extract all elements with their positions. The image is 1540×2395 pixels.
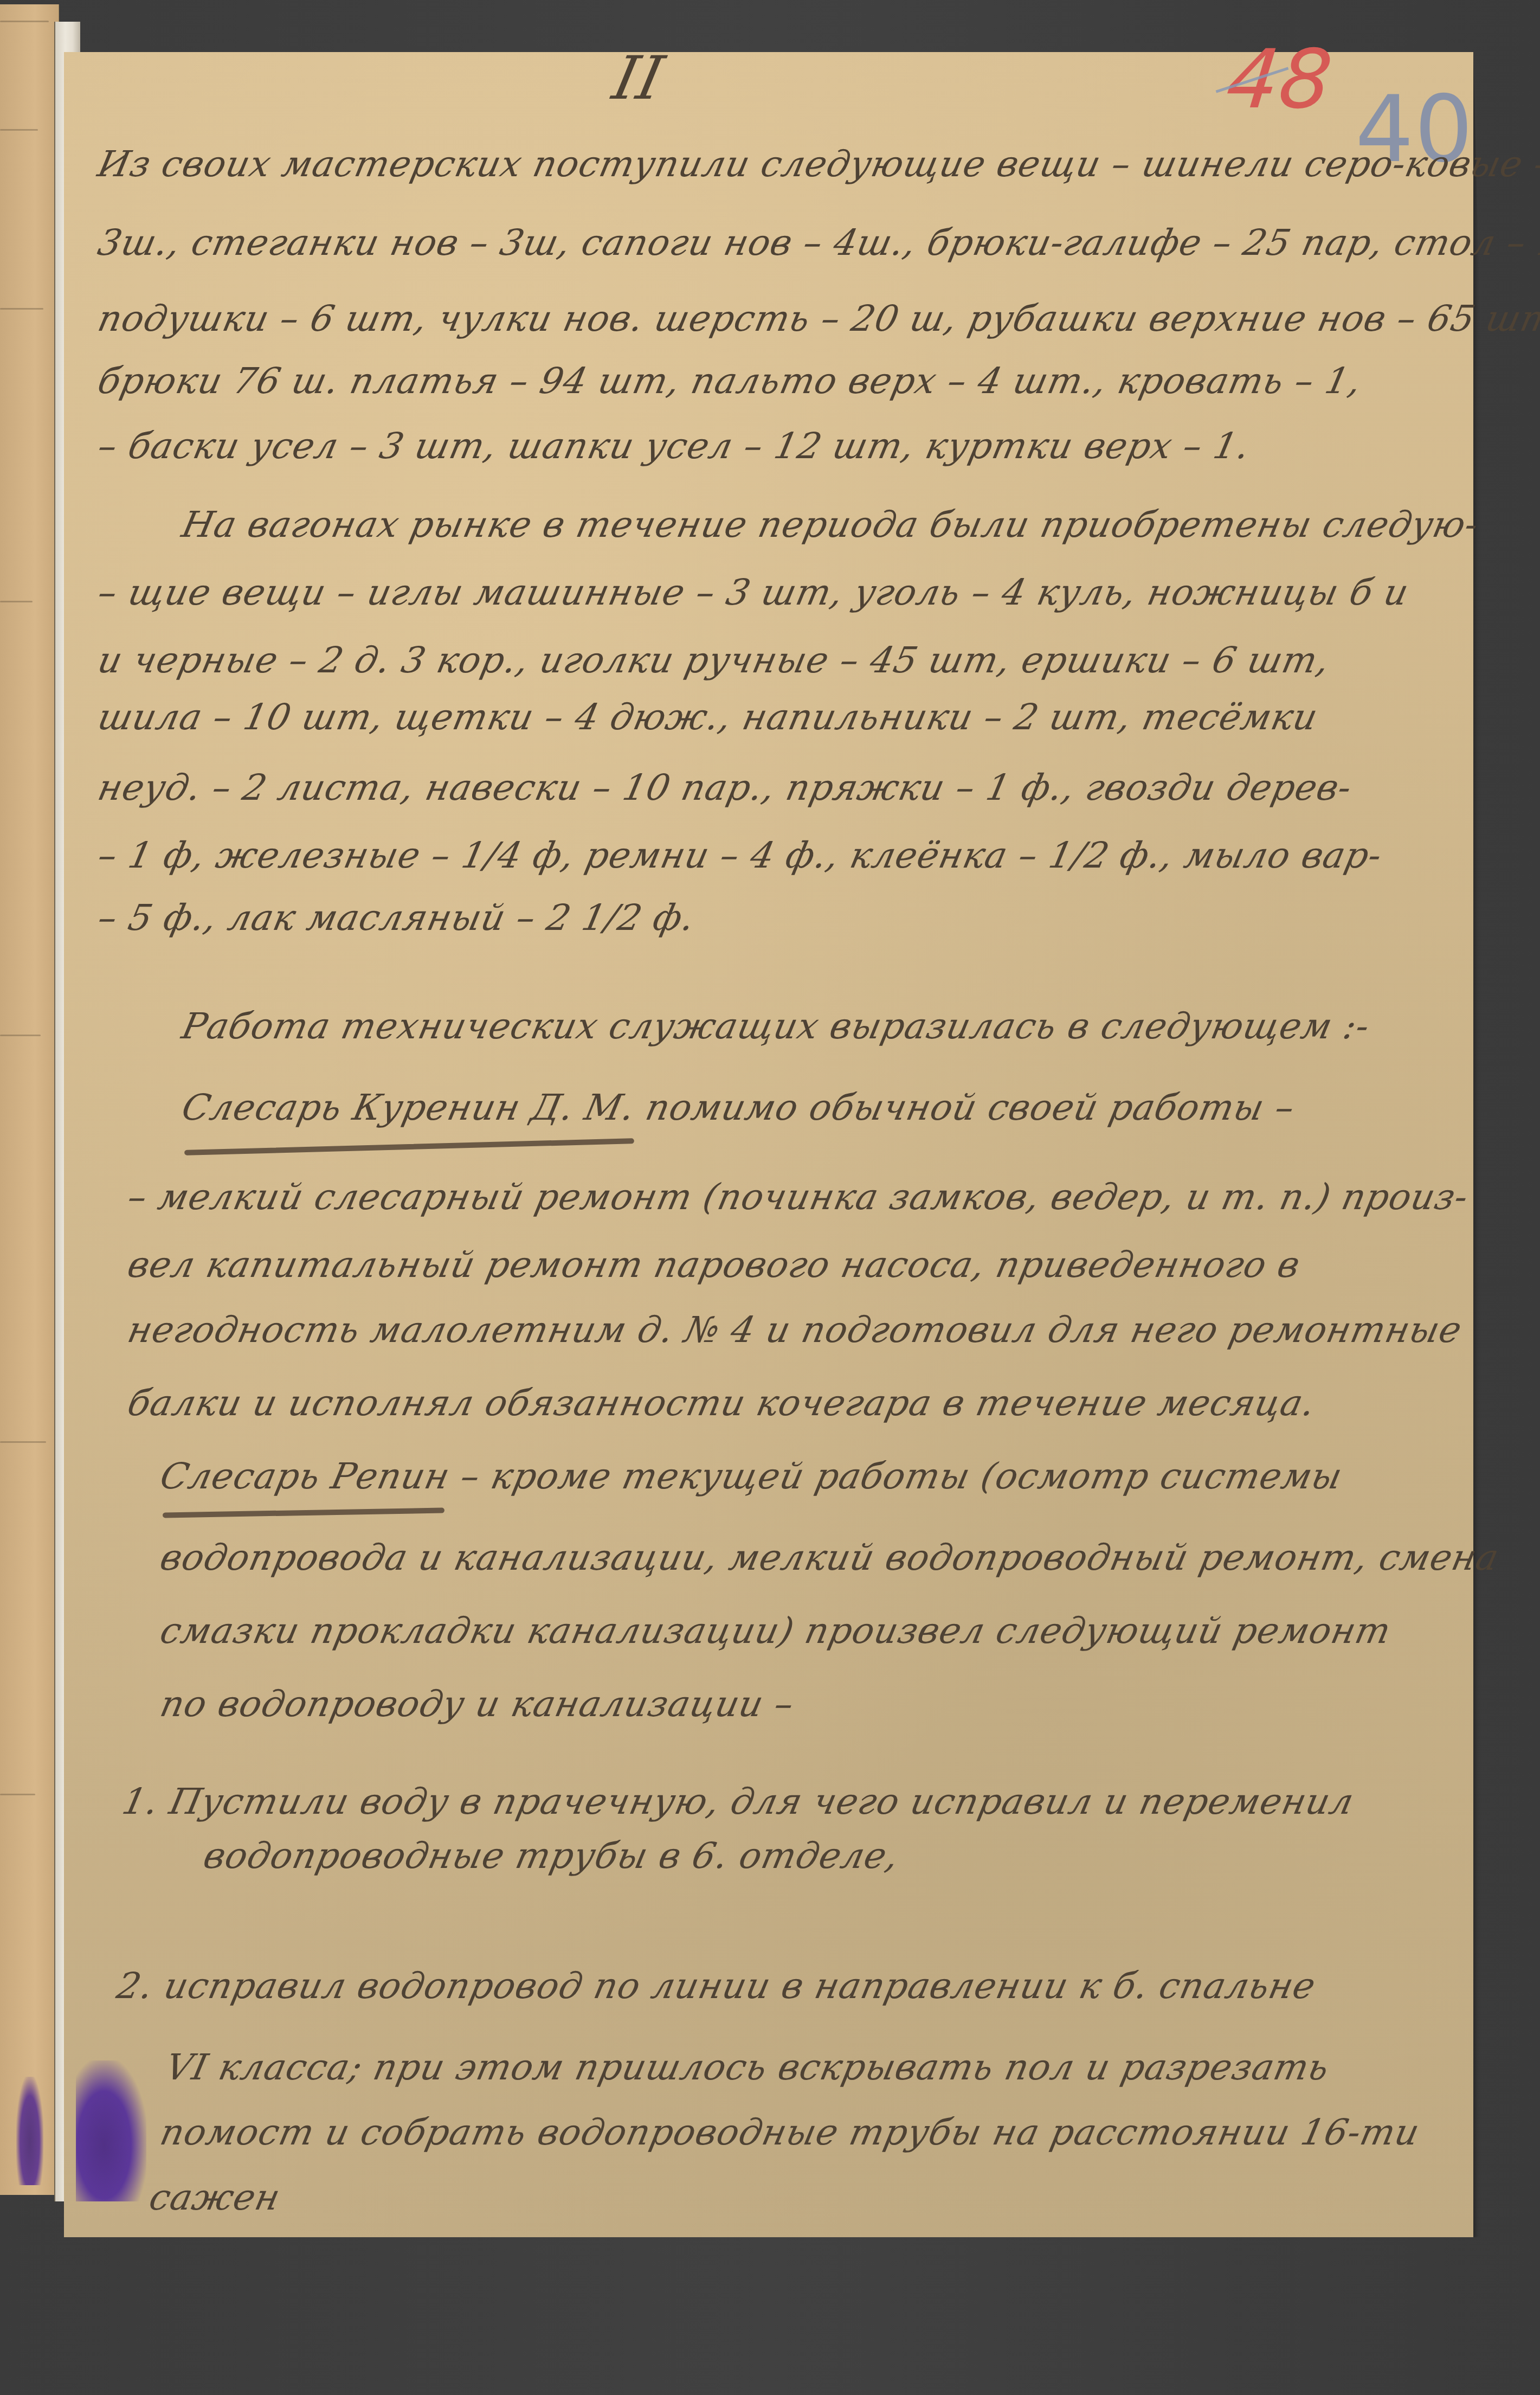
bleed-through-text <box>0 129 38 131</box>
text-line: – 5 ф., лак масляный – 2 1/2 ф. <box>95 900 698 936</box>
bleed-through-text <box>0 308 43 310</box>
numbered-item-line: 2. исправил водопровод по линии в направ… <box>114 1968 1319 2004</box>
text-line: шила – 10 шт, щетки – 4 дюж., напильники… <box>95 699 1321 735</box>
bleed-through-text <box>0 1441 46 1443</box>
text-line: – баски усел – 3 шт, шапки усел – 12 шт,… <box>95 428 1253 464</box>
bleed-through-text <box>0 1794 35 1795</box>
text-line: 3ш., стеганки нов – 3ш, сапоги нов – 4ш.… <box>95 225 1540 261</box>
text-line: – 1 ф, железные – 1/4 ф, ремни – 4 ф., к… <box>95 838 1385 874</box>
bleed-through-text <box>0 1035 41 1036</box>
text-line: водопровода и канализации, мелкий водопр… <box>157 1540 1502 1576</box>
section-intro-line: Работа технических служащих выразилась в… <box>179 1009 1373 1044</box>
numbered-item-line: 1. Пустили воду в прачечную, для чего ис… <box>119 1784 1357 1820</box>
text-line: вел капитальный ремонт парового насоса, … <box>125 1247 1303 1283</box>
text-line: подушки – 6 шт, чулки нов. шерсть – 20 ш… <box>95 301 1540 337</box>
numbered-item-line: сажен <box>146 2180 283 2216</box>
violet-ink-stain <box>16 2077 43 2185</box>
numbered-item-line: помост и собрать водопроводные трубы на … <box>157 2115 1423 2150</box>
text-line: брюки 76 ш. платья – 94 шт, пальто верх … <box>95 363 1365 399</box>
text-line: Слесарь Репин – кроме текущей работы (ос… <box>157 1459 1345 1494</box>
text-line: Из своих мастерских поступили следующие … <box>95 146 1540 182</box>
text-line: по водопроводу и канализации – <box>157 1686 797 1722</box>
text-line: негодность малолетним д. № 4 и подготови… <box>125 1312 1465 1348</box>
text-line: балки и исполнял обязанности кочегара в … <box>125 1385 1318 1421</box>
scanned-document: II 48 40 Из своих мастерских поступили с… <box>0 0 1540 2395</box>
numbered-item-line: VI класса; при этом пришлось вскрывать п… <box>163 2050 1332 2085</box>
text-line: На вагонах рынке в течение периода были … <box>179 507 1482 543</box>
text-line: неуд. – 2 листа, навески – 10 пар., пряж… <box>95 770 1355 806</box>
violet-ink-stain <box>76 2060 146 2201</box>
folio-number-old-red: 48 <box>1222 33 1337 127</box>
numbered-item-line: водопроводные трубы в 6. отделе, <box>201 1838 902 1874</box>
text-line: – щие вещи – иглы машинные – 3 шт, уголь… <box>95 575 1412 611</box>
text-line: Слесарь Куренин Д. М. помимо обычной сво… <box>179 1090 1298 1126</box>
text-line: и черные – 2 д. 3 кор., иголки ручные – … <box>95 643 1333 678</box>
bleed-through-text <box>0 601 33 602</box>
previous-page-edge <box>0 4 59 2195</box>
bleed-through-text <box>0 21 49 22</box>
text-line: – мелкий слесарный ремонт (починка замко… <box>125 1179 1472 1215</box>
text-line: смазки прокладки канализации) произвел с… <box>157 1613 1394 1649</box>
